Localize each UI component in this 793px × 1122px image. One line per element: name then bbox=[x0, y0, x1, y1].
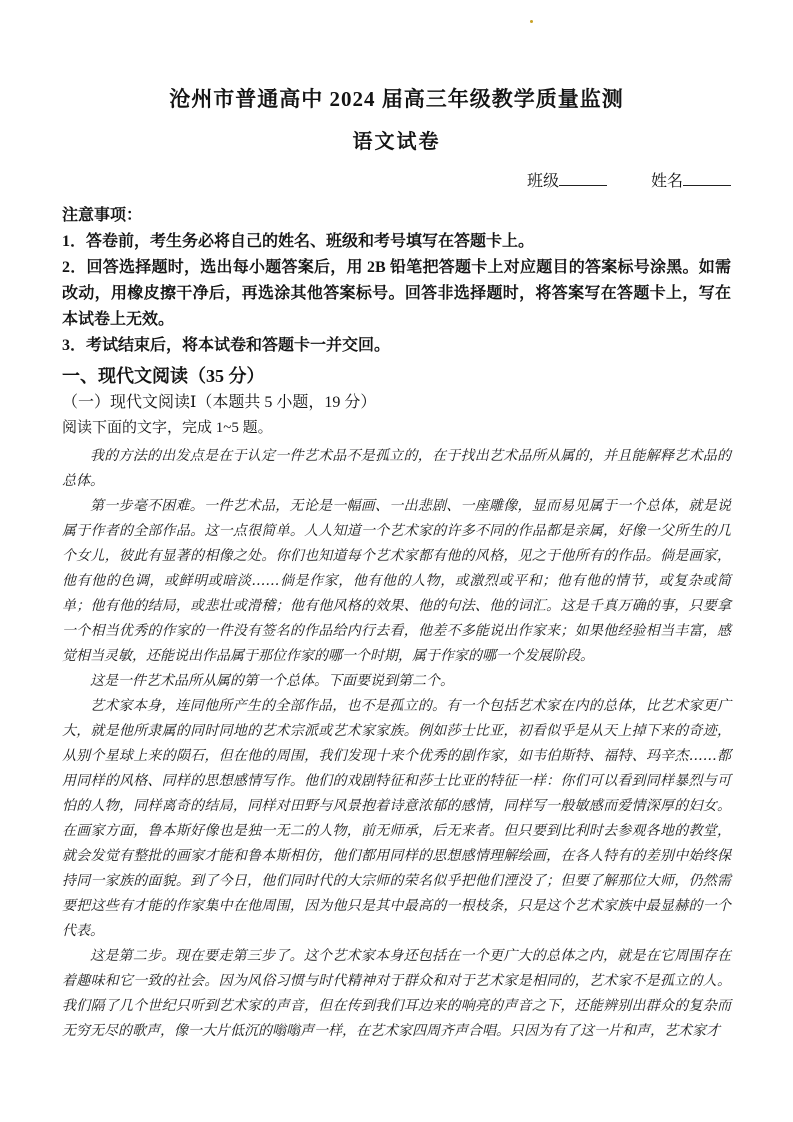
notice-section: 注意事项： 1．答卷前，考生务必将自己的姓名、班级和考号填写在答题卡上。 2．回… bbox=[62, 203, 731, 359]
class-field: 班级 bbox=[527, 170, 607, 193]
name-field: 姓名 bbox=[651, 170, 731, 193]
reading-passage: 我的方法的出发点是在于认定一件艺术品不是孤立的，在于找出艺术品所从属的，并且能解… bbox=[62, 444, 731, 1044]
exam-paper-page: 沧州市普通高中 2024 届高三年级教学质量监测 语文试卷 班级 姓名 注意事项… bbox=[0, 0, 793, 1122]
page-title: 沧州市普通高中 2024 届高三年级教学质量监测 bbox=[62, 86, 731, 112]
stray-mark-dot bbox=[530, 20, 533, 23]
class-label: 班级 bbox=[527, 173, 559, 190]
passage-paragraph-5: 这是第二步。现在要走第三步了。这个艺术家本身还包括在一个更广大的总体之内，就是在… bbox=[62, 944, 731, 1044]
reading-instruction: 阅读下面的文字，完成 1~5 题。 bbox=[62, 416, 731, 441]
passage-paragraph-4: 艺术家本身，连同他所产生的全部作品，也不是孤立的。有一个包括艺术家在内的总体，比… bbox=[62, 694, 731, 944]
section-heading: 一、现代文阅读（35 分） bbox=[62, 362, 731, 390]
notice-heading: 注意事项： bbox=[62, 203, 731, 229]
name-blank bbox=[683, 170, 731, 186]
passage-paragraph-1: 我的方法的出发点是在于认定一件艺术品不是孤立的，在于找出艺术品所从属的，并且能解… bbox=[62, 444, 731, 494]
notice-item-3: 3．考试结束后，将本试卷和答题卡一并交回。 bbox=[62, 333, 731, 359]
student-info-row: 班级 姓名 bbox=[62, 170, 731, 193]
passage-paragraph-2: 第一步毫不困难。一件艺术品，无论是一幅画、一出悲剧、一座雕像，显而易见属于一个总… bbox=[62, 494, 731, 669]
paper-subtitle: 语文试卷 bbox=[62, 130, 731, 154]
notice-item-1: 1．答卷前，考生务必将自己的姓名、班级和考号填写在答题卡上。 bbox=[62, 229, 731, 255]
subsection-heading: （一）现代文阅读Ⅰ（本题共 5 小题，19 分） bbox=[62, 390, 731, 416]
name-label: 姓名 bbox=[651, 173, 683, 190]
passage-paragraph-3: 这是一件艺术品所从属的第一个总体。下面要说到第二个。 bbox=[62, 669, 731, 694]
class-blank bbox=[559, 170, 607, 186]
notice-item-2: 2．回答选择题时，选出每小题答案后，用 2B 铅笔把答题卡上对应题目的答案标号涂… bbox=[62, 255, 731, 333]
